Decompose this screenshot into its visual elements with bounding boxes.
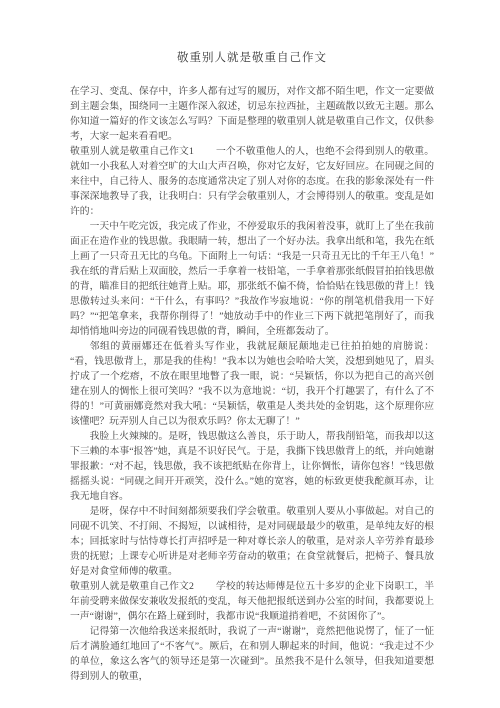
essay-paragraph: 记得第一次他给我送来报纸时，我说了一声“谢谢”，竟然把他说愣了，怔了一怔后才满脸… xyxy=(70,624,434,684)
essay-paragraph-section1: 敬重别人就是敬重自己作文1一个不敬重他人的人，也绝不会得到别人的敬重。就如一小我… xyxy=(70,144,434,219)
essay-section1-heading: 敬重别人就是敬重自己作文1 xyxy=(70,146,194,157)
essay-paragraph-intro: 在学习、变乱、保存中，许多人都有过写的履历，对作文都不陌生吧，作文一定要做到主题… xyxy=(70,84,434,144)
essay-paragraph: 邻组的黄丽娜还在低着头写作业，我就屁颠屁颠地走已往拍拍她的肩膀说：“看，钱思傲背… xyxy=(70,339,434,429)
essay-content: 敬重别人就是敬重自己作文 在学习、变乱、保存中，许多人都有过写的履历，对作文都不… xyxy=(70,49,434,684)
essay-page: 敬重别人就是敬重自己作文 在学习、变乱、保存中，许多人都有过写的履历，对作文都不… xyxy=(0,0,500,708)
essay-paragraph-section2: 敬重别人就是敬重自己作文2学校的转达师傅是位五十多岁的企业下岗职工，半年前受聘来… xyxy=(70,579,434,624)
essay-paragraph: 一天中午吃完饭，我完成了作业，不停爱取乐的我闲着没事，就盯上了坐在我前面正在造作… xyxy=(70,219,434,339)
essay-section2-heading: 敬重别人就是敬重自己作文2 xyxy=(70,581,194,592)
essay-title: 敬重别人就是敬重自己作文 xyxy=(70,49,434,65)
essay-paragraph: 我脸上火辣辣的。是呀，钱思傲这么善良，乐于助人，帮我削铅笔，而我却以这下三赖的本… xyxy=(70,429,434,504)
essay-paragraph: 是呀，保存中不时间刻都须要我们学会敬重。敬重别人要从小事做起。对自己的同砚不讥笑… xyxy=(70,504,434,579)
